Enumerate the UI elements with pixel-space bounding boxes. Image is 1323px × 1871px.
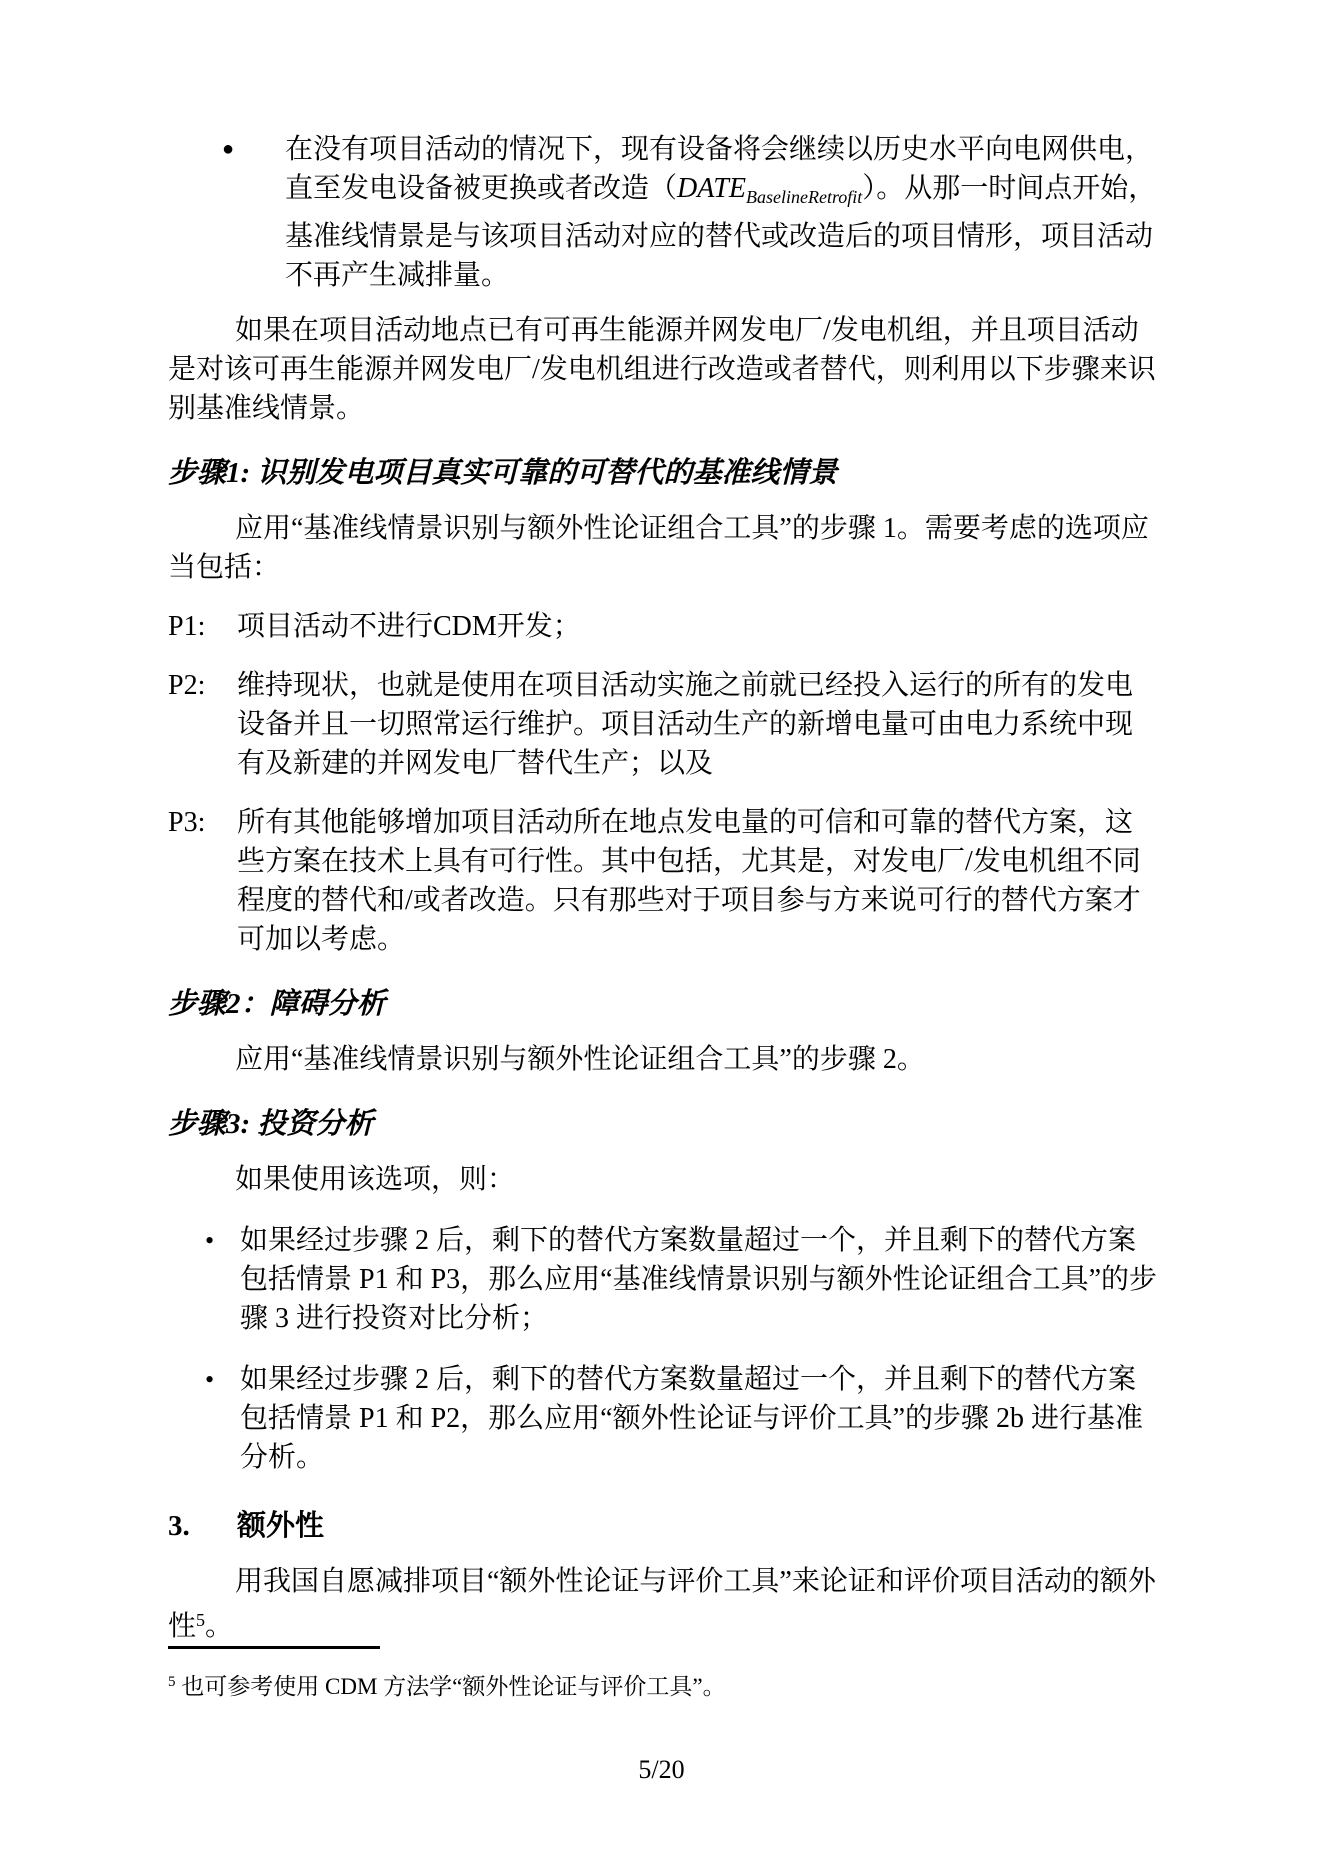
paragraph-renewable-retrofit: 如果在项目活动地点已有可再生能源并网发电厂/发电机组，并且项目活动是对该可再生能… <box>168 311 1160 428</box>
footnote-separator <box>168 1646 380 1649</box>
option-label: P1: <box>168 607 237 646</box>
option-label: P3: <box>168 803 237 959</box>
footnote: 5 也可参考使用 CDM 方法学“额外性论证与评价工具”。 <box>168 1666 1088 1703</box>
option-row-p3: P3: 所有其他能够增加项目活动所在地点发电量的可信和可靠的替代方案，这些方案在… <box>168 803 1160 959</box>
variable-subscript: BaselineRetrofit <box>746 187 862 207</box>
footnote-reference-superscript: 5 <box>196 1610 205 1630</box>
option-row-p1: P1: 项目活动不进行CDM开发； <box>168 607 1160 646</box>
section3-text-end: 。 <box>205 1611 233 1642</box>
section3-body-paragraph: 用我国自愿减排项目“额外性论证与评价工具”来论证和评价项目活动的额外性5。 <box>168 1562 1160 1646</box>
variable-name: DATE <box>677 173 746 204</box>
section3-heading: 3. 额外性 <box>168 1507 1160 1546</box>
bullet-marker-icon: • <box>168 1221 240 1338</box>
document-body: ● 在没有项目活动的情况下，现有设备将会继续以历史水平向电网供电，直至发电设备被… <box>168 130 1160 1662</box>
bullet-text: 如果经过步骤 2 后，剩下的替代方案数量超过一个，并且剩下的替代方案包括情景 P… <box>240 1360 1160 1477</box>
footnote-text: 也可参考使用 CDM 方法学“额外性论证与评价工具”。 <box>176 1674 726 1699</box>
step3-bullet-item: • 如果经过步骤 2 后，剩下的替代方案数量超过一个，并且剩下的替代方案包括情景… <box>168 1221 1160 1338</box>
document-page: ● 在没有项目活动的情况下，现有设备将会继续以历史水平向电网供电，直至发电设备被… <box>0 0 1323 1871</box>
bullet-text: 在没有项目活动的情况下，现有设备将会继续以历史水平向电网供电，直至发电设备被更换… <box>285 130 1160 295</box>
bullet-marker-icon: ● <box>222 130 285 295</box>
page-number: 5/20 <box>0 1750 1323 1789</box>
step1-intro-paragraph: 应用“基准线情景识别与额外性论证组合工具”的步骤 1。需要考虑的选项应当包括： <box>168 509 1160 587</box>
section3-text: 用我国自愿减排项目“额外性论证与评价工具”来论证和评价项目活动的额外性 <box>168 1566 1156 1642</box>
option-text: 项目活动不进行CDM开发； <box>237 607 1160 646</box>
step3-bullet-item: • 如果经过步骤 2 后，剩下的替代方案数量超过一个，并且剩下的替代方案包括情景… <box>168 1360 1160 1477</box>
bullet-item: ● 在没有项目活动的情况下，现有设备将会继续以历史水平向电网供电，直至发电设备被… <box>168 130 1160 295</box>
section-title: 额外性 <box>237 1507 324 1546</box>
option-row-p2: P2: 维持现状，也就是使用在项目活动实施之前就已经投入运行的所有的发电设备并且… <box>168 666 1160 783</box>
step3-intro-paragraph: 如果使用该选项，则： <box>168 1160 1160 1199</box>
step1-heading: 步骤1: 识别发电项目真实可靠的可替代的基准线情景 <box>168 454 1160 493</box>
bullet-marker-icon: • <box>168 1360 240 1477</box>
option-label: P2: <box>168 666 237 783</box>
step2-heading: 步骤2：障碍分析 <box>168 985 1160 1024</box>
footnote-number-superscript: 5 <box>168 1674 176 1690</box>
section-number: 3. <box>168 1507 237 1546</box>
step2-body-paragraph: 应用“基准线情景识别与额外性论证组合工具”的步骤 2。 <box>168 1040 1160 1079</box>
step3-heading: 步骤3: 投资分析 <box>168 1105 1160 1144</box>
bullet-text: 如果经过步骤 2 后，剩下的替代方案数量超过一个，并且剩下的替代方案包括情景 P… <box>240 1221 1160 1338</box>
option-text: 维持现状，也就是使用在项目活动实施之前就已经投入运行的所有的发电设备并且一切照常… <box>237 666 1160 783</box>
option-text: 所有其他能够增加项目活动所在地点发电量的可信和可靠的替代方案，这些方案在技术上具… <box>237 803 1160 959</box>
